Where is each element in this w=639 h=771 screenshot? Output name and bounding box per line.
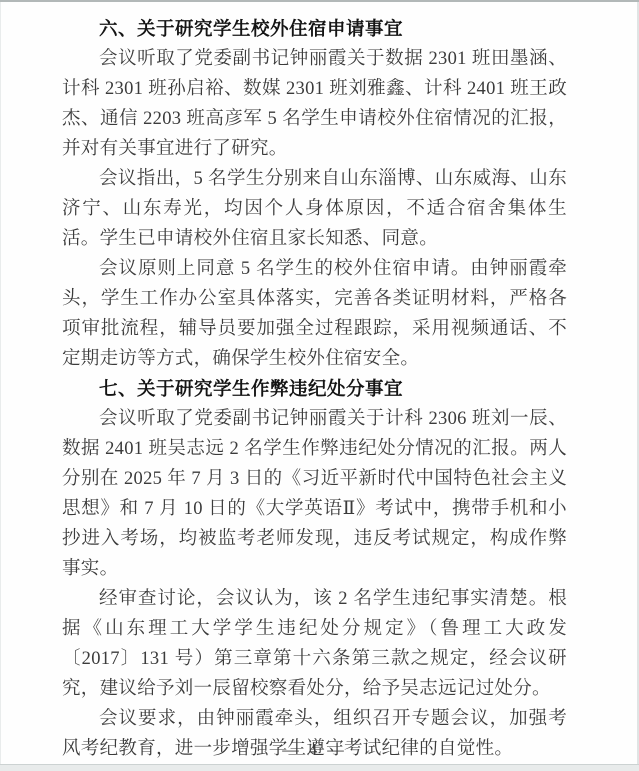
page-left-edge — [0, 2, 1, 771]
section-6-paragraph-3: 会议原则上同意 5 名学生的校外住宿申请。由钟丽霞牵头，学生工作办公室具体落实，… — [62, 254, 567, 374]
section-7-heading: 七、关于研究学生作弊违纪处分事宜 — [62, 374, 567, 404]
section-6-heading: 六、关于研究学生校外住宿申请事宜 — [62, 14, 567, 44]
section-7-paragraph-2: 经审查讨论，会议认为，该 2 名学生违纪事实清楚。根据《山东理工大学学生违纪处分… — [62, 584, 567, 704]
page-number: — 4 — — [62, 740, 567, 760]
document-content: 六、关于研究学生校外住宿申请事宜 会议听取了党委副书记钟丽霞关于数据 2301 … — [62, 14, 567, 764]
section-7-paragraph-1: 会议听取了党委副书记钟丽霞关于计科 2306 班刘一辰、数据 2401 班吴志远… — [62, 404, 567, 584]
page-bottom-edge — [0, 764, 639, 771]
section-6-paragraph-1: 会议听取了党委副书记钟丽霞关于数据 2301 班田墨涵、计科 2301 班孙启裕… — [62, 44, 567, 164]
section-6-paragraph-2: 会议指出，5 名学生分别来自山东淄博、山东威海、山东济宁、山东寿光，均因个人身体… — [62, 164, 567, 254]
document-page: 六、关于研究学生校外住宿申请事宜 会议听取了党委副书记钟丽霞关于数据 2301 … — [0, 0, 639, 771]
